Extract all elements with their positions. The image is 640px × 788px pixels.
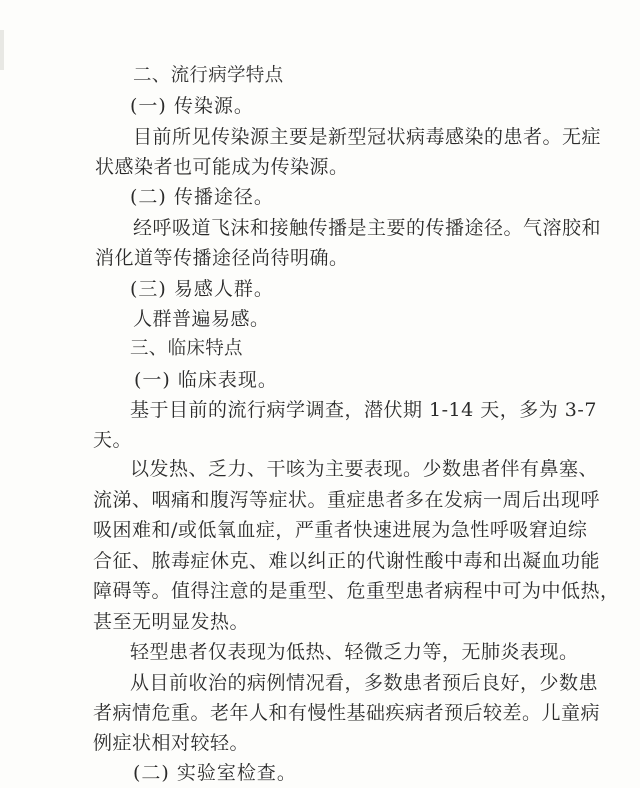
paragraph-line: 经呼吸道飞沫和接触传播是主要的传播途径。气溶胶和 <box>133 216 601 240</box>
document-page: 二、流行病学特点(一) 传染源。目前所见传染源主要是新型冠状病毒感染的患者。无症… <box>0 0 640 788</box>
paragraph-line: 合征、脓毒症休克、难以纠正的代谢性酸中毒和出凝血功能 <box>93 549 600 573</box>
subsection-heading: (二) 实验室检查。 <box>133 761 297 785</box>
paragraph-line: 例症状相对较轻。 <box>93 731 249 755</box>
paragraph-line: 基于目前的流行病学调查，潜伏期 1-14 天，多为 3-7 <box>130 398 597 422</box>
subsection-heading: (二) 传播途径。 <box>130 185 274 209</box>
paragraph-line: 从目前收治的病例情况看，多数患者预后良好，少数患 <box>130 671 598 695</box>
paragraph-line: 障碍等。值得注意的是重型、危重型患者病程中可为中低热， <box>93 579 620 603</box>
paragraph-line: 目前所见传染源主要是新型冠状病毒感染的患者。无症 <box>133 125 601 149</box>
paragraph-line: 消化道等传播途径尚待明确。 <box>95 246 349 270</box>
scan-edge-shadow <box>0 30 4 70</box>
paragraph-line: 人群普遍易感。 <box>133 307 270 331</box>
paragraph-line: 流涕、咽痛和腹泻等症状。重症患者多在发病一周后出现呼 <box>93 488 600 512</box>
subsection-heading: (三) 易感人群。 <box>130 277 274 301</box>
subsection-heading: (一) 临床表现。 <box>134 368 278 392</box>
paragraph-line: 吸困难和/或低氧血症，严重者快速进展为急性呼吸窘迫综 <box>93 518 587 542</box>
paragraph-line: 以发热、乏力、干咳为主要表现。少数患者伴有鼻塞、 <box>130 457 598 481</box>
section-heading: 二、流行病学特点 <box>133 64 283 88</box>
paragraph-line: 状感染者也可能成为传染源。 <box>95 155 349 179</box>
paragraph-line: 甚至无明显发热。 <box>93 610 249 634</box>
paragraph-line: 轻型患者仅表现为低热、轻微乏力等，无肺炎表现。 <box>130 640 579 664</box>
paragraph-line: 者病情危重。老年人和有慢性基础疾病者预后较差。儿童病 <box>93 701 600 725</box>
section-heading: 三、临床特点 <box>130 337 243 361</box>
paragraph-line: 天。 <box>93 428 132 452</box>
subsection-heading: (一) 传染源。 <box>130 94 254 118</box>
